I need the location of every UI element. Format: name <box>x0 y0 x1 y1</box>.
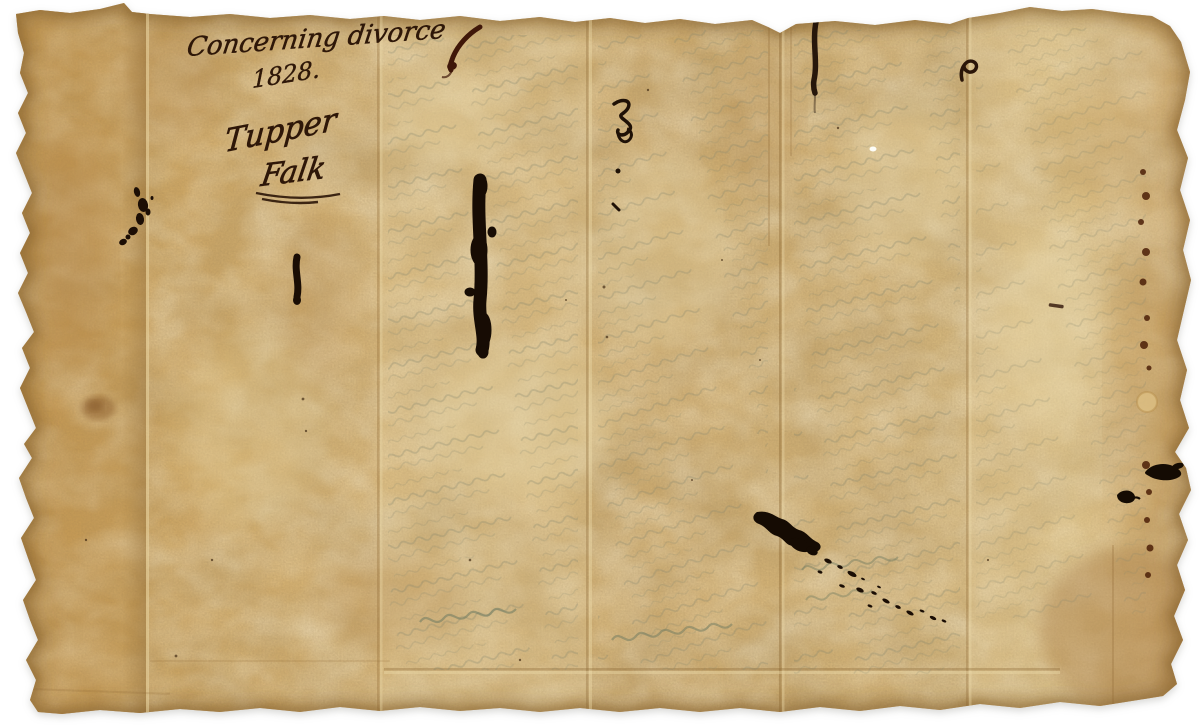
top-vertical-stroke <box>814 22 816 113</box>
document-scan: Concerning divorce 1828. Tupper Falk <box>0 0 1200 725</box>
paper-hole <box>870 147 877 152</box>
ink-bleed-through <box>388 28 1146 675</box>
scanned-document-page: Concerning divorce 1828. Tupper Falk <box>0 0 1200 725</box>
